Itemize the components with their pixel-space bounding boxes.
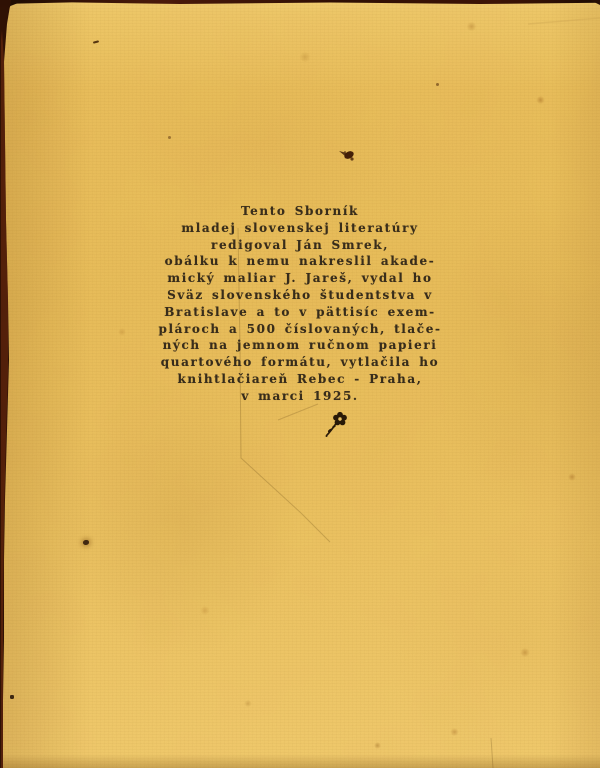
foxing-spot: [200, 606, 210, 615]
foxing-spot: [536, 96, 545, 104]
colophon-line: plároch a 500 číslovaných, tlače-: [110, 321, 490, 338]
colophon-line: knihtlačiareň Rebec - Praha,: [110, 371, 490, 388]
bottom-shading: [0, 754, 600, 768]
foxing-spot: [244, 700, 252, 707]
left-shading: [0, 0, 90, 768]
paper-speck: [168, 136, 171, 139]
colophon-line: redigoval Ján Smrek,: [110, 237, 490, 254]
colophon-line: Tento Sborník: [110, 203, 490, 220]
colophon-line: mický maliar J. Jareš, vydal ho: [110, 270, 490, 287]
printer-flower-ornament-icon: [322, 409, 352, 439]
colophon-line: Sväz slovenského študentstva v: [110, 287, 490, 304]
ink-blot-mark: [336, 146, 360, 166]
colophon-line: obálku k nemu nakreslil akade-: [110, 253, 490, 270]
paper-speck: [83, 540, 89, 545]
foxing-spot: [299, 52, 311, 62]
right-shading: [550, 0, 600, 768]
scan-top-edge: [0, 0, 600, 4]
scan-left-edge: [0, 0, 14, 768]
foxing-spot: [520, 648, 530, 657]
colophon-line: ných na jemnom ručnom papieri: [110, 337, 490, 354]
colophon-line: quartového formátu, vytlačila ho: [110, 354, 490, 371]
foxing-spot: [450, 728, 459, 736]
paper-speck: [10, 695, 14, 699]
colophon-line: v marci 1925.: [110, 388, 490, 405]
paper-speck: [436, 83, 439, 86]
paper-speck: [93, 40, 99, 43]
foxing-spot: [568, 473, 576, 481]
foxing-spot: [466, 22, 477, 31]
scanned-book-page: Tento Sborník mladej slovenskej literatú…: [0, 0, 600, 768]
paper-mottle: [380, 520, 600, 750]
foxing-spot: [374, 742, 381, 749]
paper-mottle: [60, 380, 300, 660]
colophon-line: Bratislave a to v pättisíc exem-: [110, 304, 490, 321]
colophon-line: mladej slovenskej literatúry: [110, 220, 490, 237]
colophon-text-block: Tento Sborník mladej slovenskej literatú…: [110, 203, 490, 405]
